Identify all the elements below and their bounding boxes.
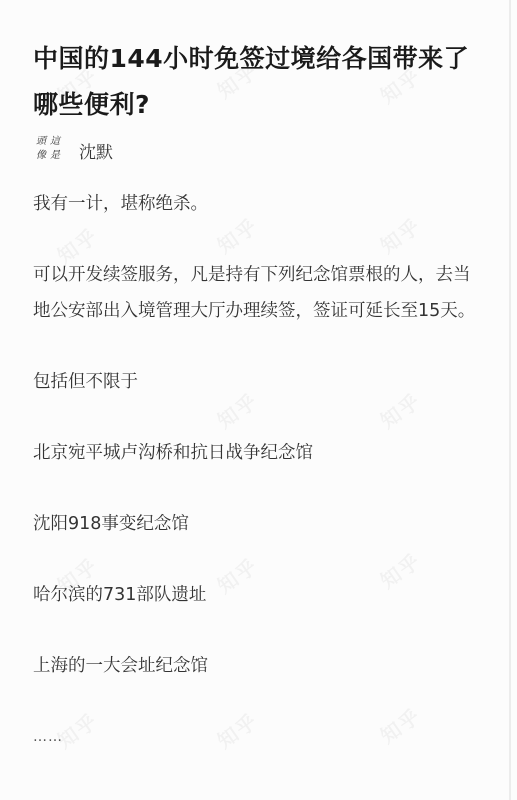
avatar-char: 像 [34,150,48,164]
avatar-char: 是 [48,150,62,164]
memorial-list-item: 哈尔滨的731部队遗址 [33,577,483,613]
author-name[interactable]: 沈默 [79,138,113,163]
author-avatar[interactable]: 頭 這 像 是 [34,136,62,164]
memorial-list-item: 沈阳918事变纪念馆 [33,506,483,542]
memorial-list-item: 北京宛平城卢沟桥和抗日战争纪念馆 [33,435,483,471]
answer-paragraph: 我有一计，堪称绝杀。 [33,186,483,222]
avatar-char: 頭 [34,136,48,150]
avatar-char: 這 [48,136,62,150]
answer-ellipsis: …… [33,719,483,755]
answer-paragraph: 包括但不限于 [33,364,483,400]
question-title[interactable]: 中国的144小时免签过境给各国带来了哪些便利? [33,36,483,128]
page-edge-divider [509,0,511,800]
memorial-list-item: 上海的一大会址纪念馆 [33,648,483,684]
answer-paragraph: 可以开发续签服务，凡是持有下列纪念馆票根的人，去当地公安部出入境管理大厅办理续签… [33,257,483,329]
answer-content: 我有一计，堪称绝杀。 可以开发续签服务，凡是持有下列纪念馆票根的人，去当地公安部… [33,186,483,790]
author-row[interactable]: 頭 這 像 是 沈默 [34,136,113,164]
